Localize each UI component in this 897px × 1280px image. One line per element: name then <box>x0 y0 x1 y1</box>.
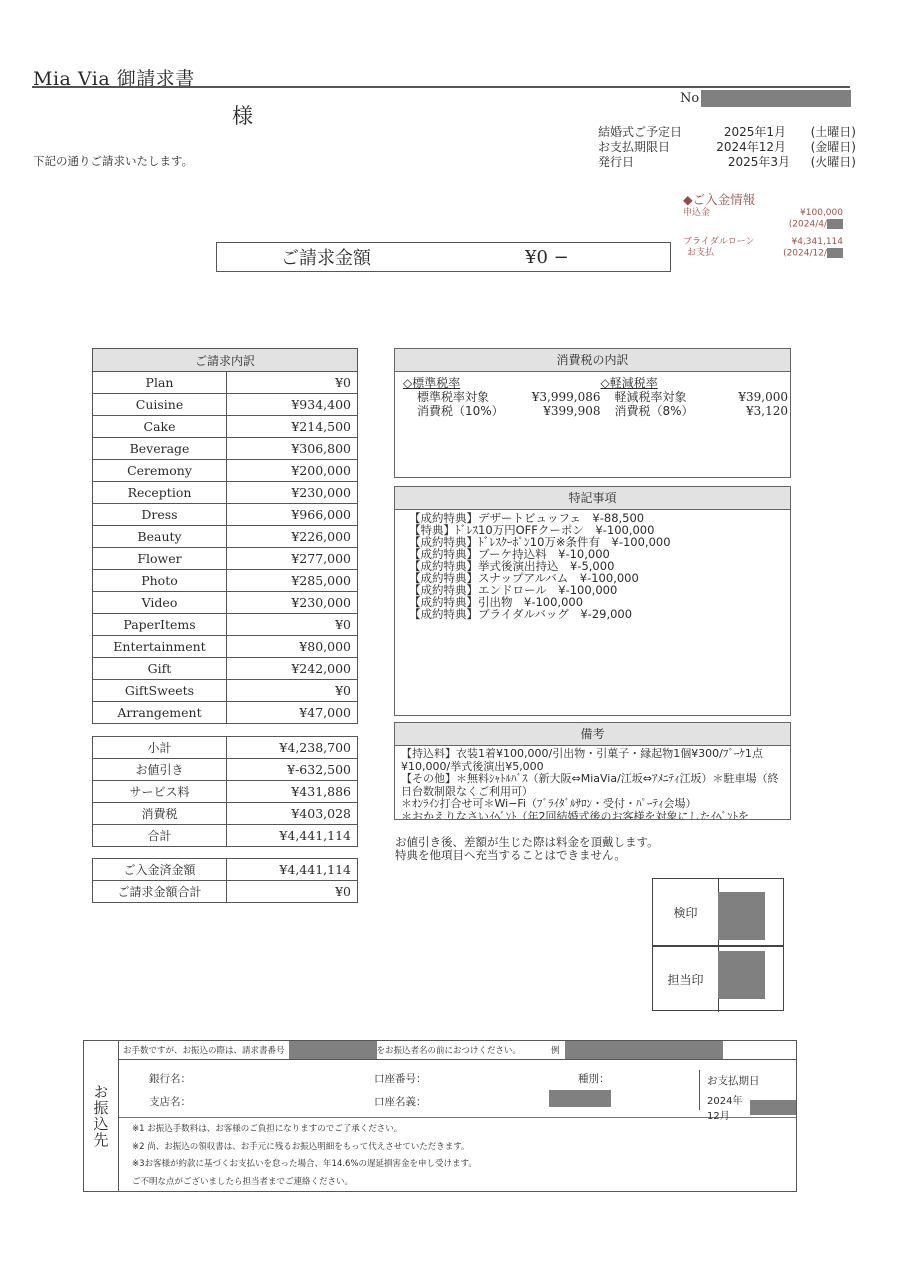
table-row: Arrangement¥47,000 <box>93 702 358 724</box>
remarks-box: 備考 【持込料】衣装1着¥100,000/引出物・引菓子・縁起物1個¥300/ﾌ… <box>394 722 791 820</box>
row-label: 合計 <box>93 825 227 847</box>
row-amount: ¥4,238,700 <box>227 737 358 759</box>
redacted-account-type <box>549 1090 611 1107</box>
date-label: 結婚式ご予定日 <box>598 125 704 140</box>
standard-tax-amount: ¥399,908 <box>543 404 600 418</box>
redacted-day <box>827 248 843 258</box>
deposit-row: 申込金 ¥100,000 <box>683 208 843 219</box>
reduced-rate-title: ◇軽減税率 <box>600 376 788 390</box>
remarks-title: 備考 <box>395 723 790 746</box>
discount-disclaimer: お値引き後、差額が生じた際は料金を頂戴します。 特典を他項目へ充当することはでき… <box>395 836 659 862</box>
table-row: 消費税¥403,028 <box>93 803 358 825</box>
row-label: Video <box>93 592 227 614</box>
row-amount: ¥80,000 <box>227 636 358 658</box>
table-row: Beverage¥306,800 <box>93 438 358 460</box>
payment-deadline-row: お支払期限日 2024年12月 (金曜日) <box>598 140 856 155</box>
row-label: Photo <box>93 570 227 592</box>
redacted-invoice-number <box>289 1041 377 1059</box>
tax-breakdown-box: 消費税の内訳 ◇標準税率 標準税率対象¥3,999,086 消費税（10%）¥3… <box>394 348 791 478</box>
date-value: 2024年12月 <box>704 140 800 155</box>
row-label: サービス料 <box>93 781 227 803</box>
row-amount: ¥47,000 <box>227 702 358 724</box>
customer-honorific: 様 <box>232 100 253 130</box>
amount-due-box: ご請求金額 ¥0 − <box>216 242 671 272</box>
amount-due-value: ¥0 − <box>525 247 569 268</box>
redacted-staff-stamp <box>718 951 765 999</box>
footnote-line: ※2 尚、お振込の領収書は、お手元に残るお振込明細をもって代えさせていただきます… <box>132 1139 477 1157</box>
reduced-target-label: 軽減税率対象 <box>614 390 686 404</box>
row-label: お値引き <box>93 759 227 781</box>
row-label: Gift <box>93 658 227 680</box>
table-row: お値引き¥-632,500 <box>93 759 358 781</box>
row-label: Reception <box>93 482 227 504</box>
reduced-tax-amount: ¥3,120 <box>746 404 788 418</box>
row-amount: ¥242,000 <box>227 658 358 680</box>
table-row: Dress¥966,000 <box>93 504 358 526</box>
date-weekday: (火曜日) <box>800 155 856 170</box>
row-label: ご請求金額合計 <box>93 881 227 903</box>
staff-stamp-label: 担当印 <box>653 946 719 1012</box>
stamp-divider <box>653 945 783 947</box>
table-row: GiftSweets¥0 <box>93 680 358 702</box>
footnote-line: ※3お客様が約款に基づくお支払いを怠った場合、年14.6%の遅延損害金を申し受け… <box>132 1156 477 1174</box>
row-amount: ¥0 <box>227 881 358 903</box>
date-list: 結婚式ご予定日 2025年1月 (土曜日) お支払期限日 2024年12月 (金… <box>598 125 856 170</box>
table-row: Video¥230,000 <box>93 592 358 614</box>
footnote-line: ※1 お振込手数料は、お客様のご負担になりますのでご了承ください。 <box>132 1121 477 1139</box>
branch-label: 支店名： <box>149 1094 191 1109</box>
redacted-day <box>827 219 843 229</box>
table-row: サービス料¥431,886 <box>93 781 358 803</box>
row-amount: ¥431,886 <box>227 781 358 803</box>
reduced-tax-label: 消費税（8%） <box>614 404 693 418</box>
payment-info: ◆ご入金情報 申込金 ¥100,000 (2024/4/ ブライダルローン ¥4… <box>683 190 843 259</box>
bank-fields: 銀行名： 支店名： 口座番号： 口座名義： 種別： お支払期日 2024年12月 <box>119 1060 796 1118</box>
redacted-due-day <box>750 1100 796 1115</box>
row-label: PaperItems <box>93 614 227 636</box>
remarks-line: 【その他】＊無料ｼｬﾄﾙﾊﾞｽ（新大阪⇔MiaVia/江坂⇔ｱﾒﾆﾃｨ江坂）＊駐… <box>401 773 784 798</box>
table-row: 小計¥4,238,700 <box>93 737 358 759</box>
row-amount: ¥403,028 <box>227 803 358 825</box>
date-label: お支払期限日 <box>598 140 704 155</box>
row-label: Entertainment <box>93 636 227 658</box>
account-type-label: 種別： <box>578 1071 610 1086</box>
loan-row: ブライダルローン ¥4,341,114 <box>683 237 843 248</box>
remarks-line: ＊おかえりなさいｲﾍﾞﾝﾄ（年2回結婚式後のお客様を対象にしたｲﾍﾞﾝﾄを <box>401 811 784 821</box>
table-row: Ceremony¥200,000 <box>93 460 358 482</box>
special-notes-list: 【成約特典】デザートビュッフェ ¥-88,500【特典】ﾄﾞﾚｽ10万円OFFク… <box>395 510 790 620</box>
wedding-date-row: 結婚式ご予定日 2025年1月 (土曜日) <box>598 125 856 140</box>
table-row: Gift¥242,000 <box>93 658 358 680</box>
date-weekday: (金曜日) <box>800 140 856 155</box>
account-name-label: 口座名義： <box>374 1094 427 1109</box>
loan-amount: ¥4,341,114 <box>791 237 843 248</box>
bank-transfer-section: お振込先 お手数ですが、お振込の際は、請求書番号 をお振込者名の前におつけくださ… <box>83 1040 797 1192</box>
table-row: Cuisine¥934,400 <box>93 394 358 416</box>
deposit-date: (2024/4/ <box>683 219 843 231</box>
row-label: ご入金済金額 <box>93 859 227 881</box>
date-label: 発行日 <box>598 155 704 170</box>
row-amount: ¥4,441,114 <box>227 859 358 881</box>
row-amount: ¥230,000 <box>227 482 358 504</box>
stamp-box: 検印 担当印 <box>652 878 784 1011</box>
remarks-text: 【持込料】衣装1着¥100,000/引出物・引菓子・縁起物1個¥300/ﾌﾞｰｹ… <box>395 746 790 820</box>
row-label: Cuisine <box>93 394 227 416</box>
loan-date-row: お支払 (2024/12/ <box>683 248 843 260</box>
invoice-number-label: No <box>680 91 699 106</box>
row-amount: ¥-632,500 <box>227 759 358 781</box>
table-row: ご入金済金額¥4,441,114 <box>93 859 358 881</box>
bank-side-label: お振込先 <box>84 1041 119 1191</box>
row-label: Arrangement <box>93 702 227 724</box>
billing-breakdown-table: ご請求内訳 Plan¥0Cuisine¥934,400Cake¥214,500B… <box>92 348 358 724</box>
bank-name-label: 銀行名： <box>149 1071 191 1086</box>
loan-date: (2024/12/ <box>783 248 843 260</box>
table-row: PaperItems¥0 <box>93 614 358 636</box>
remarks-line: 【持込料】衣装1着¥100,000/引出物・引菓子・縁起物1個¥300/ﾌﾞｰｹ… <box>401 748 784 773</box>
date-value: 2025年3月 <box>704 155 800 170</box>
paid-table: ご入金済金額¥4,441,114ご請求金額合計¥0 <box>92 858 358 903</box>
standard-target-label: 標準税率対象 <box>417 390 489 404</box>
reduced-target-amount: ¥39,000 <box>738 390 788 404</box>
row-amount: ¥214,500 <box>227 416 358 438</box>
row-amount: ¥4,441,114 <box>227 825 358 847</box>
bank-footnotes: ※1 お振込手数料は、お客様のご負担になりますのでご了承ください。※2 尚、お振… <box>132 1121 477 1191</box>
row-amount: ¥0 <box>227 614 358 636</box>
inspection-stamp-label: 検印 <box>653 879 719 945</box>
invoice-number: No <box>680 90 851 107</box>
row-label: Ceremony <box>93 460 227 482</box>
standard-rate-title: ◇標準税率 <box>403 376 600 390</box>
table-row: 合計¥4,441,114 <box>93 825 358 847</box>
standard-tax-label: 消費税（10%） <box>417 404 504 418</box>
row-amount: ¥0 <box>227 372 358 394</box>
special-note-item: 【成約特典】ブライダルバッグ ¥-29,000 <box>409 608 790 620</box>
row-amount: ¥230,000 <box>227 592 358 614</box>
transfer-note: お手数ですが、お振込の際は、請求書番号 をお振込者名の前におつけください。 例 <box>119 1041 796 1060</box>
footnote-line: ご不明な点がございましたら担当者までご連絡ください。 <box>132 1174 477 1192</box>
due-divider <box>699 1070 700 1110</box>
standard-target-amount: ¥3,999,086 <box>532 390 601 404</box>
title-underline <box>32 86 850 88</box>
special-notes-box: 特記事項 【成約特典】デザートビュッフェ ¥-88,500【特典】ﾄﾞﾚｽ10万… <box>394 486 791 716</box>
row-label: 小計 <box>93 737 227 759</box>
special-notes-title: 特記事項 <box>395 487 790 510</box>
row-label: Beverage <box>93 438 227 460</box>
table-row: Photo¥285,000 <box>93 570 358 592</box>
row-label: GiftSweets <box>93 680 227 702</box>
table-row: Beauty¥226,000 <box>93 526 358 548</box>
standard-rate: ◇標準税率 標準税率対象¥3,999,086 消費税（10%）¥399,908 <box>403 376 600 418</box>
due-date: 2024年12月 <box>707 1092 796 1122</box>
row-label: Dress <box>93 504 227 526</box>
row-amount: ¥285,000 <box>227 570 358 592</box>
row-label: Cake <box>93 416 227 438</box>
account-number-label: 口座番号： <box>374 1071 427 1086</box>
due-date-label: お支払期日 <box>707 1073 760 1088</box>
date-weekday: (土曜日) <box>800 125 856 140</box>
row-amount: ¥0 <box>227 680 358 702</box>
row-amount: ¥306,800 <box>227 438 358 460</box>
totals-table: 小計¥4,238,700お値引き¥-632,500サービス料¥431,886消費… <box>92 736 358 847</box>
loan-label: ブライダルローン <box>683 237 755 248</box>
loan-label-2: お支払 <box>683 248 714 260</box>
row-label: Plan <box>93 372 227 394</box>
row-amount: ¥277,000 <box>227 548 358 570</box>
row-amount: ¥966,000 <box>227 504 358 526</box>
tax-breakdown-title: 消費税の内訳 <box>395 349 790 372</box>
deposit-amount: ¥100,000 <box>800 208 843 219</box>
intro-text: 下記の通りご請求いたします。 <box>33 153 193 169</box>
row-amount: ¥226,000 <box>227 526 358 548</box>
row-amount: ¥934,400 <box>227 394 358 416</box>
table-row: Reception¥230,000 <box>93 482 358 504</box>
table-row: Flower¥277,000 <box>93 548 358 570</box>
redacted-inspection-stamp <box>718 892 765 940</box>
deposit-label: 申込金 <box>683 208 710 219</box>
payment-info-title: ◆ご入金情報 <box>683 190 843 208</box>
redacted-invoice-number <box>701 90 851 107</box>
remarks-line: ＊ｵﾝﾗｲﾝ打合せ可＊Wi−Fi（ﾌﾞﾗｲﾀﾞﾙｻﾛﾝ・受付・ﾊﾟｰﾃｨ会場） <box>401 798 784 811</box>
table-row: Plan¥0 <box>93 372 358 394</box>
reduced-rate: ◇軽減税率 軽減税率対象¥39,000 消費税（8%）¥3,120 <box>600 376 788 418</box>
redacted-example <box>565 1041 723 1059</box>
row-label: Beauty <box>93 526 227 548</box>
row-label: 消費税 <box>93 803 227 825</box>
breakdown-title: ご請求内訳 <box>93 349 358 372</box>
issue-date-row: 発行日 2025年3月 (火曜日) <box>598 155 856 170</box>
table-row: Entertainment¥80,000 <box>93 636 358 658</box>
table-row: ご請求金額合計¥0 <box>93 881 358 903</box>
row-label: Flower <box>93 548 227 570</box>
amount-due-label: ご請求金額 <box>281 244 525 270</box>
table-row: Cake¥214,500 <box>93 416 358 438</box>
date-value: 2025年1月 <box>704 125 800 140</box>
row-amount: ¥200,000 <box>227 460 358 482</box>
disclaimer-line: 特典を他項目へ充当することはできません。 <box>395 849 659 862</box>
